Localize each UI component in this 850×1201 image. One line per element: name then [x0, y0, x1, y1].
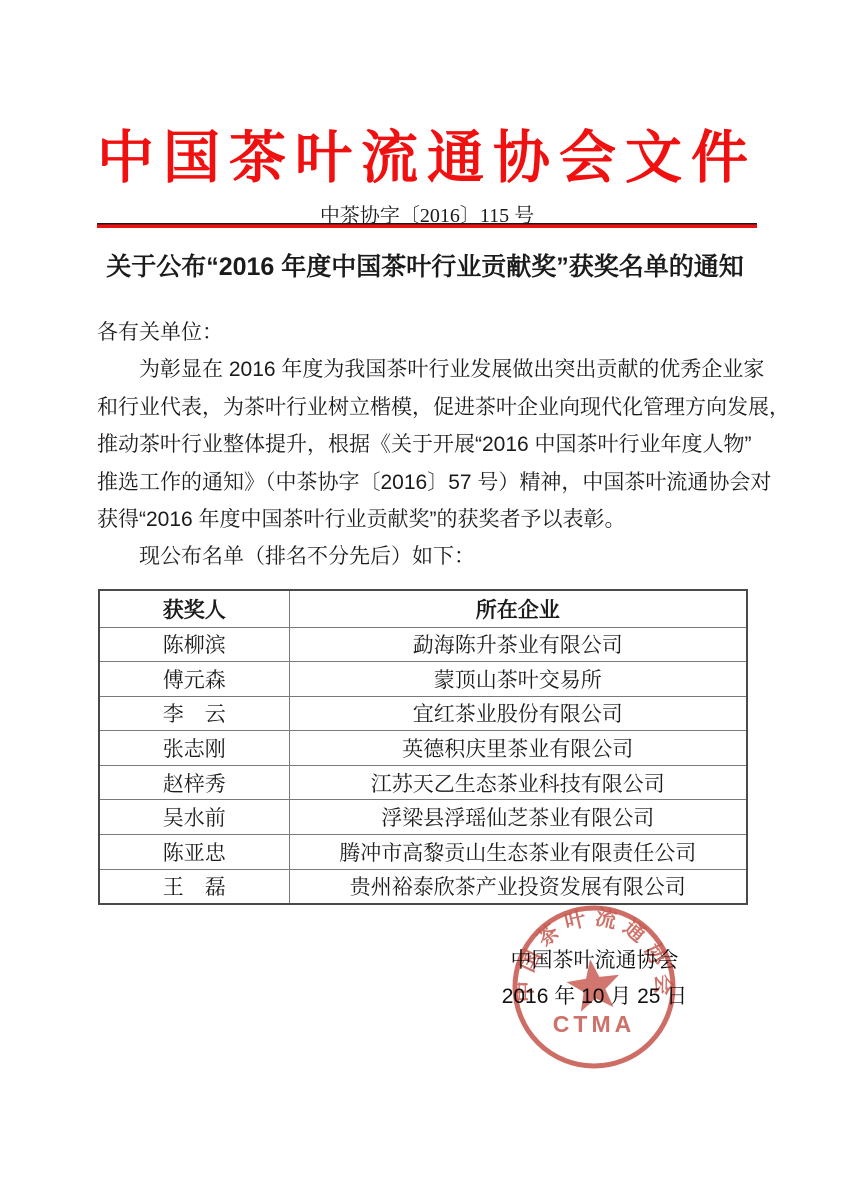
company-cell: 浮梁县浮瑶仙芝茶业有限公司 — [289, 800, 747, 835]
document-page: 中国茶叶流通协会文件 中茶协字〔2016〕115 号 关于公布“2016 年度中… — [0, 0, 850, 1201]
paragraph-line: 推动茶叶行业整体提升，根据《关于开展“2016 中国茶叶行业年度人物” — [97, 426, 757, 463]
winner-name-cell: 陈柳滨 — [99, 627, 289, 662]
company-cell: 勐海陈升茶业有限公司 — [289, 627, 747, 662]
company-cell: 腾冲市高黎贡山生态茶业有限责任公司 — [289, 835, 747, 870]
table-row: 赵梓秀 江苏天乙生态茶业科技有限公司 — [99, 765, 747, 800]
list-intro: 现公布名单（排名不分先后）如下： — [97, 538, 757, 575]
company-cell: 宜红茶业股份有限公司 — [289, 696, 747, 731]
winner-name-cell: 张志刚 — [99, 731, 289, 766]
winner-name-cell: 傅元森 — [99, 662, 289, 697]
winner-name-cell: 吴水前 — [99, 800, 289, 835]
company-cell: 蒙顶山茶叶交易所 — [289, 662, 747, 697]
table-row: 李 云 宜红茶业股份有限公司 — [99, 696, 747, 731]
paragraph-line: 和行业代表，为茶叶行业树立楷模，促进茶叶企业向现代化管理方向发展， — [97, 389, 757, 426]
table-row: 王 磊 贵州裕泰欣茶产业投资发展有限公司 — [99, 869, 747, 904]
org-title: 中国茶叶流通协会文件 — [85, 112, 769, 194]
red-rule — [97, 223, 757, 228]
salutation: 各有关单位： — [97, 314, 757, 351]
notice-title: 关于公布“2016 年度中国茶叶行业贡献奖”获奖名单的通知 — [60, 247, 790, 283]
table-header-company: 所在企业 — [289, 590, 747, 627]
table-row: 陈柳滨 勐海陈升茶业有限公司 — [99, 627, 747, 662]
table-header-winner: 获奖人 — [99, 590, 289, 627]
table-row: 傅元森 蒙顶山茶叶交易所 — [99, 662, 747, 697]
star-icon — [564, 956, 624, 1014]
winner-name-cell: 赵梓秀 — [99, 765, 289, 800]
company-cell: 贵州裕泰欣茶产业投资发展有限公司 — [289, 869, 747, 904]
paragraph-line: 推选工作的通知》（中茶协字〔2016〕57 号）精神，中国茶叶流通协会对 — [97, 464, 757, 501]
company-cell: 江苏天乙生态茶业科技有限公司 — [289, 765, 747, 800]
winner-name-cell: 李 云 — [99, 696, 289, 731]
table-row: 张志刚 英德积庆里茶业有限公司 — [99, 731, 747, 766]
stamp-ctma-text: CTMA — [553, 1011, 635, 1037]
winner-name-cell: 陈亚忠 — [99, 835, 289, 870]
paragraph-line: 为彰显在 2016 年度为我国茶叶行业发展做出突出贡献的优秀企业家 — [97, 351, 757, 388]
table-row: 陈亚忠 腾冲市高黎贡山生态茶业有限责任公司 — [99, 835, 747, 870]
table-row: 吴水前 浮梁县浮瑶仙芝茶业有限公司 — [99, 800, 747, 835]
paragraph-line: 获得“2016 年度中国茶叶行业贡献奖”的获奖者予以表彰。 — [97, 501, 757, 538]
awards-table: 获奖人 所在企业 陈柳滨 勐海陈升茶业有限公司 傅元森 蒙顶山茶叶交易所 李 云… — [98, 589, 748, 905]
company-cell: 英德积庆里茶业有限公司 — [289, 731, 747, 766]
official-stamp: 中国茶叶流通协会 CTMA — [508, 901, 680, 1073]
winner-name-cell: 王 磊 — [99, 869, 289, 904]
notice-body: 各有关单位： 为彰显在 2016 年度为我国茶叶行业发展做出突出贡献的优秀企业家… — [97, 314, 757, 576]
table-header-row: 获奖人 所在企业 — [99, 590, 747, 627]
